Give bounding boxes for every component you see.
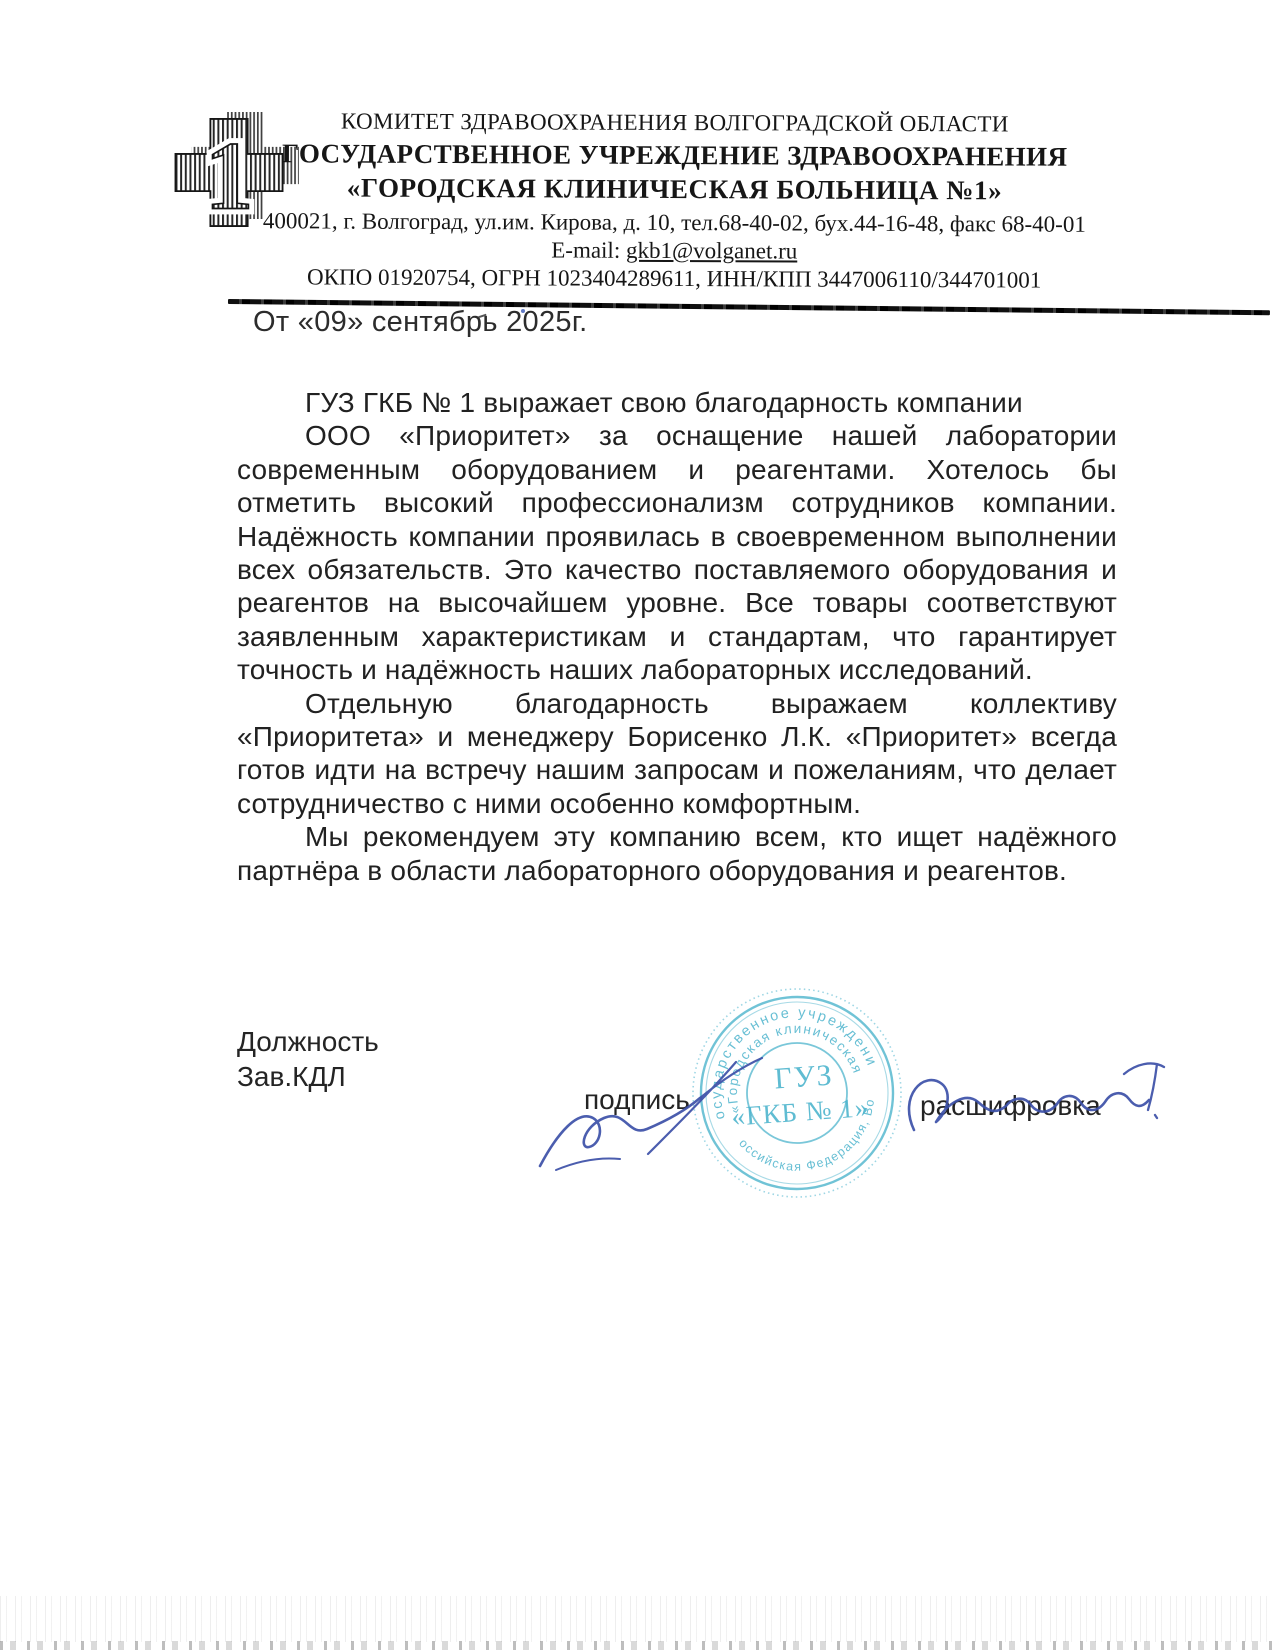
position-label: Должность [237,1026,379,1058]
email-label: E-mail: [551,237,626,262]
stamp-center-line1: ГУЗ [773,1058,834,1095]
body-paragraph: Отдельную благодарность выражаем коллект… [237,687,1117,821]
ink-speck-blue [521,309,525,313]
hospital-round-stamp: государственное учреждение «Городская кл… [668,962,926,1224]
scan-noise-band [0,1596,1275,1642]
letter-body: ГУЗ ГКБ № 1 выражает свою благодарность … [237,386,1117,887]
institution-type: ГОСУДАРСТВЕННОЕ УЧРЕЖДЕНИЕ ЗДРАВООХРАНЕН… [232,138,1117,173]
letterhead: КОМИТЕТ ЗДРАВООХРАНЕНИЯ ВОЛГОГРАДСКОЙ ОБ… [232,108,1118,294]
stamp-center-line2: «ГКБ № 1» [730,1092,870,1132]
scan-noise-edge [0,1641,1275,1650]
transcript-label: расшифровка [920,1090,1101,1122]
body-paragraph: ГУЗ ГКБ № 1 выражает свою благодарность … [237,386,1117,419]
position-value: Зав.КДЛ [237,1061,346,1093]
committee-name: КОМИТЕТ ЗДРАВООХРАНЕНИЯ ВОЛГОГРАДСКОЙ ОБ… [232,108,1117,138]
scanned-letter-page: 1 1 КОМИТЕТ ЗДРАВООХРАНЕНИЯ ВОЛГОГРАДСКО… [0,0,1275,1650]
email-address: gkb1@volganet.ru [626,238,797,264]
email-line: E-mail: gkb1@volganet.ru [232,236,1117,266]
body-paragraph: Мы рекомендуем эту компанию всем, кто ищ… [237,820,1117,887]
transcript-handwriting-text: Саттарова Г.Г. [0,0,1,1]
body-paragraph: ООО «Приоритет» за оснащение нашей лабор… [237,419,1117,686]
letter-date: От «09» сентябрь 2025г. [253,306,588,339]
transcript-signature-cap [1124,1063,1164,1118]
sign-signature-underline [556,1158,620,1170]
hospital-name: «ГОРОДСКАЯ КЛИНИЧЕСКАЯ БОЛЬНИЦА №1» [232,172,1117,207]
registration-line: ОКПО 01920754, ОГРН 1023404289611, ИНН/К… [232,264,1117,294]
address-line: 400021, г. Волгоград, ул.им. Кирова, д. … [232,208,1117,238]
